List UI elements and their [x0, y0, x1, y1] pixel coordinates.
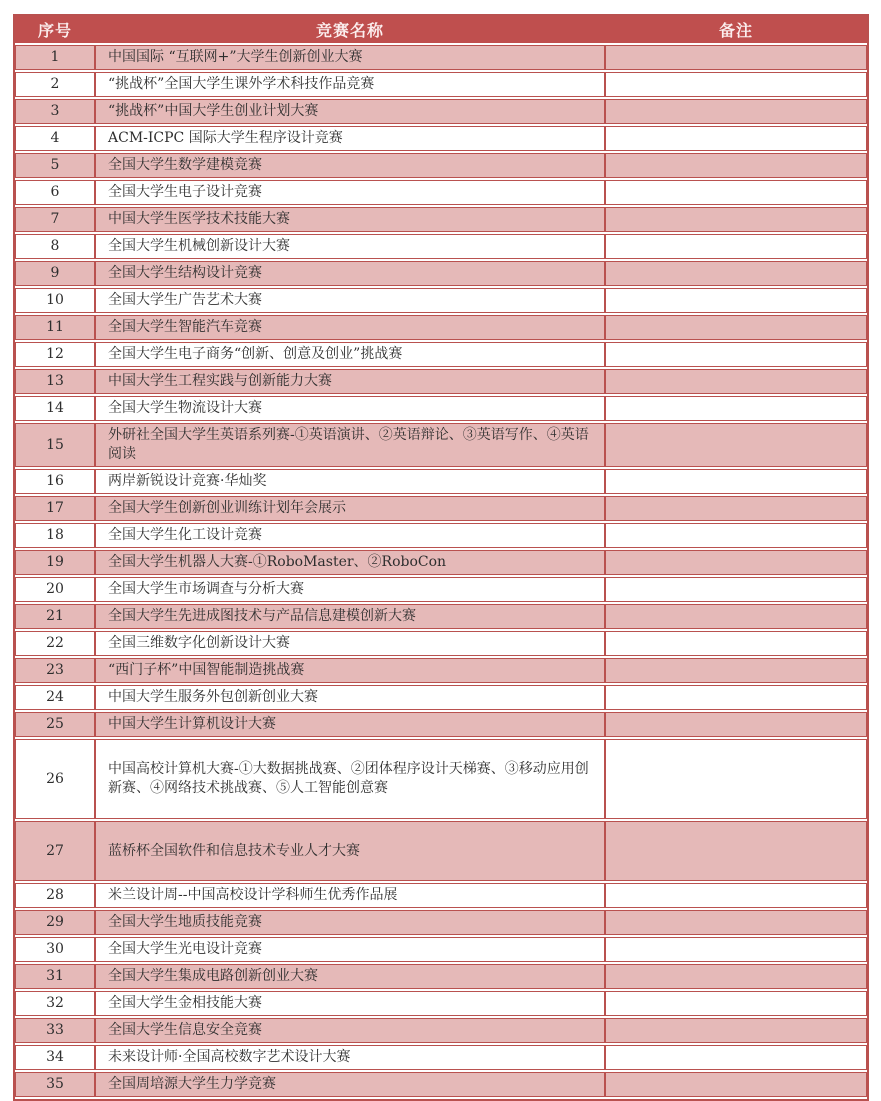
row-number-cell: 34 — [15, 1045, 95, 1070]
row-number-cell: 21 — [15, 604, 95, 629]
table-row: 2 “挑战杯”全国大学生课外学术科技作品竞赛 — [15, 72, 867, 97]
remarks-cell — [605, 153, 867, 178]
row-number-cell: 35 — [15, 1072, 95, 1097]
table-row: 3 “挑战杯”中国大学生创业计划大赛 — [15, 99, 867, 124]
remarks-cell — [605, 523, 867, 548]
competition-name-cell: 全国大学生电子商务“创新、创意及创业”挑战赛 — [95, 342, 605, 367]
table-row: 10 全国大学生广告艺术大赛 — [15, 288, 867, 313]
row-number-cell: 32 — [15, 991, 95, 1016]
competition-name-cell: 全国三维数字化创新设计大赛 — [95, 631, 605, 656]
table-row: 26 中国高校计算机大赛-①大数据挑战赛、②团体程序设计天梯赛、③移动应用创新赛… — [15, 739, 867, 819]
header-row: 序号 竞赛名称 备注 — [15, 16, 867, 43]
row-number-cell: 30 — [15, 937, 95, 962]
remarks-cell — [605, 45, 867, 70]
remarks-cell — [605, 261, 867, 286]
table-row: 11 全国大学生智能汽车竞赛 — [15, 315, 867, 340]
remarks-cell — [605, 937, 867, 962]
table-body: 1 中国国际 “互联网+”大学生创新创业大赛 2 “挑战杯”全国大学生课外学术科… — [15, 45, 867, 1097]
remarks-cell — [605, 207, 867, 232]
table-row: 34 未来设计师·全国高校数字艺术设计大赛 — [15, 1045, 867, 1070]
competition-list-table: 序号 竞赛名称 备注 1 中国国际 “互联网+”大学生创新创业大赛 2 “挑战杯… — [13, 14, 869, 1101]
table-row: 30 全国大学生光电设计竞赛 — [15, 937, 867, 962]
competition-name-cell: 全国大学生集成电路创新创业大赛 — [95, 964, 605, 989]
row-number-cell: 11 — [15, 315, 95, 340]
table-header: 序号 竞赛名称 备注 — [15, 16, 867, 43]
table-row: 18 全国大学生化工设计竞赛 — [15, 523, 867, 548]
row-number-cell: 17 — [15, 496, 95, 521]
competition-name-cell: 中国大学生服务外包创新创业大赛 — [95, 685, 605, 710]
table-row: 1 中国国际 “互联网+”大学生创新创业大赛 — [15, 45, 867, 70]
remarks-cell — [605, 342, 867, 367]
table-row: 16 两岸新锐设计竞赛·华灿奖 — [15, 469, 867, 494]
table-row: 4 ACM-ICPC 国际大学生程序设计竞赛 — [15, 126, 867, 151]
remarks-cell — [605, 180, 867, 205]
table-row: 33 全国大学生信息安全竞赛 — [15, 1018, 867, 1043]
table-row: 31 全国大学生集成电路创新创业大赛 — [15, 964, 867, 989]
remarks-cell — [605, 99, 867, 124]
row-number-cell: 18 — [15, 523, 95, 548]
row-number-cell: 23 — [15, 658, 95, 683]
remarks-cell — [605, 234, 867, 259]
row-number-cell: 2 — [15, 72, 95, 97]
remarks-cell — [605, 369, 867, 394]
table-row: 23 “西门子杯”中国智能制造挑战赛 — [15, 658, 867, 683]
table-row: 29 全国大学生地质技能竞赛 — [15, 910, 867, 935]
table-row: 19 全国大学生机器人大赛-①RoboMaster、②RoboCon — [15, 550, 867, 575]
competition-name-cell: 全国周培源大学生力学竞赛 — [95, 1072, 605, 1097]
row-number-cell: 7 — [15, 207, 95, 232]
competition-name-cell: 全国大学生电子设计竞赛 — [95, 180, 605, 205]
row-number-cell: 16 — [15, 469, 95, 494]
competition-name-cell: 中国大学生工程实践与创新能力大赛 — [95, 369, 605, 394]
table-row: 32 全国大学生金相技能大赛 — [15, 991, 867, 1016]
table-row: 20 全国大学生市场调查与分析大赛 — [15, 577, 867, 602]
remarks-cell — [605, 685, 867, 710]
competition-name-cell: 全国大学生金相技能大赛 — [95, 991, 605, 1016]
row-number-cell: 9 — [15, 261, 95, 286]
competition-table: 序号 竞赛名称 备注 1 中国国际 “互联网+”大学生创新创业大赛 2 “挑战杯… — [15, 14, 867, 1099]
remarks-cell — [605, 821, 867, 881]
table-row: 17 全国大学生创新创业训练计划年会展示 — [15, 496, 867, 521]
competition-name-cell: 米兰设计周--中国高校设计学科师生优秀作品展 — [95, 883, 605, 908]
competition-name-cell: 全国大学生数学建模竞赛 — [95, 153, 605, 178]
column-header-index: 序号 — [15, 16, 95, 43]
competition-name-cell: 全国大学生光电设计竞赛 — [95, 937, 605, 962]
remarks-cell — [605, 315, 867, 340]
row-number-cell: 1 — [15, 45, 95, 70]
table-row: 24 中国大学生服务外包创新创业大赛 — [15, 685, 867, 710]
row-number-cell: 29 — [15, 910, 95, 935]
table-row: 28 米兰设计周--中国高校设计学科师生优秀作品展 — [15, 883, 867, 908]
remarks-cell — [605, 577, 867, 602]
remarks-cell — [605, 1072, 867, 1097]
competition-name-cell: 全国大学生化工设计竞赛 — [95, 523, 605, 548]
competition-name-cell: “挑战杯”全国大学生课外学术科技作品竞赛 — [95, 72, 605, 97]
remarks-cell — [605, 910, 867, 935]
table-row: 22 全国三维数字化创新设计大赛 — [15, 631, 867, 656]
column-header-remarks: 备注 — [605, 16, 867, 43]
competition-name-cell: 全国大学生信息安全竞赛 — [95, 1018, 605, 1043]
remarks-cell — [605, 739, 867, 819]
remarks-cell — [605, 423, 867, 467]
competition-name-cell: 未来设计师·全国高校数字艺术设计大赛 — [95, 1045, 605, 1070]
table-row: 25 中国大学生计算机设计大赛 — [15, 712, 867, 737]
competition-name-cell: 全国大学生创新创业训练计划年会展示 — [95, 496, 605, 521]
table-row: 13 中国大学生工程实践与创新能力大赛 — [15, 369, 867, 394]
competition-name-cell: 两岸新锐设计竞赛·华灿奖 — [95, 469, 605, 494]
competition-name-cell: 中国大学生医学技术技能大赛 — [95, 207, 605, 232]
remarks-cell — [605, 604, 867, 629]
row-number-cell: 5 — [15, 153, 95, 178]
remarks-cell — [605, 1045, 867, 1070]
remarks-cell — [605, 288, 867, 313]
row-number-cell: 6 — [15, 180, 95, 205]
competition-name-cell: 蓝桥杯全国软件和信息技术专业人才大赛 — [95, 821, 605, 881]
competition-name-cell: 全国大学生机器人大赛-①RoboMaster、②RoboCon — [95, 550, 605, 575]
competition-name-cell: “挑战杯”中国大学生创业计划大赛 — [95, 99, 605, 124]
table-row: 21 全国大学生先进成图技术与产品信息建模创新大赛 — [15, 604, 867, 629]
table-row: 12 全国大学生电子商务“创新、创意及创业”挑战赛 — [15, 342, 867, 367]
table-row: 8 全国大学生机械创新设计大赛 — [15, 234, 867, 259]
remarks-cell — [605, 883, 867, 908]
table-row: 35 全国周培源大学生力学竞赛 — [15, 1072, 867, 1097]
row-number-cell: 26 — [15, 739, 95, 819]
competition-name-cell: 中国高校计算机大赛-①大数据挑战赛、②团体程序设计天梯赛、③移动应用创新赛、④网… — [95, 739, 605, 819]
competition-name-cell: 外研社全国大学生英语系列赛-①英语演讲、②英语辩论、③英语写作、④英语阅读 — [95, 423, 605, 467]
remarks-cell — [605, 396, 867, 421]
row-number-cell: 24 — [15, 685, 95, 710]
table-row: 5 全国大学生数学建模竞赛 — [15, 153, 867, 178]
row-number-cell: 19 — [15, 550, 95, 575]
row-number-cell: 33 — [15, 1018, 95, 1043]
remarks-cell — [605, 991, 867, 1016]
table-row: 9 全国大学生结构设计竞赛 — [15, 261, 867, 286]
competition-name-cell: 全国大学生机械创新设计大赛 — [95, 234, 605, 259]
row-number-cell: 13 — [15, 369, 95, 394]
table-row: 6 全国大学生电子设计竞赛 — [15, 180, 867, 205]
row-number-cell: 12 — [15, 342, 95, 367]
competition-name-cell: 全国大学生市场调查与分析大赛 — [95, 577, 605, 602]
competition-name-cell: 全国大学生结构设计竞赛 — [95, 261, 605, 286]
table-row: 15 外研社全国大学生英语系列赛-①英语演讲、②英语辩论、③英语写作、④英语阅读 — [15, 423, 867, 467]
row-number-cell: 14 — [15, 396, 95, 421]
column-header-competition-name: 竞赛名称 — [95, 16, 605, 43]
row-number-cell: 31 — [15, 964, 95, 989]
remarks-cell — [605, 712, 867, 737]
row-number-cell: 4 — [15, 126, 95, 151]
remarks-cell — [605, 72, 867, 97]
competition-name-cell: 全国大学生先进成图技术与产品信息建模创新大赛 — [95, 604, 605, 629]
competition-name-cell: 全国大学生地质技能竞赛 — [95, 910, 605, 935]
competition-name-cell: 全国大学生物流设计大赛 — [95, 396, 605, 421]
competition-name-cell: 中国大学生计算机设计大赛 — [95, 712, 605, 737]
table-row: 27 蓝桥杯全国软件和信息技术专业人才大赛 — [15, 821, 867, 881]
remarks-cell — [605, 658, 867, 683]
competition-name-cell: 全国大学生智能汽车竞赛 — [95, 315, 605, 340]
table-row: 14 全国大学生物流设计大赛 — [15, 396, 867, 421]
row-number-cell: 3 — [15, 99, 95, 124]
remarks-cell — [605, 1018, 867, 1043]
competition-name-cell: 中国国际 “互联网+”大学生创新创业大赛 — [95, 45, 605, 70]
row-number-cell: 28 — [15, 883, 95, 908]
remarks-cell — [605, 496, 867, 521]
row-number-cell: 15 — [15, 423, 95, 467]
row-number-cell: 27 — [15, 821, 95, 881]
remarks-cell — [605, 631, 867, 656]
remarks-cell — [605, 126, 867, 151]
competition-name-cell: “西门子杯”中国智能制造挑战赛 — [95, 658, 605, 683]
row-number-cell: 25 — [15, 712, 95, 737]
competition-name-cell: 全国大学生广告艺术大赛 — [95, 288, 605, 313]
row-number-cell: 8 — [15, 234, 95, 259]
remarks-cell — [605, 964, 867, 989]
row-number-cell: 10 — [15, 288, 95, 313]
remarks-cell — [605, 469, 867, 494]
table-row: 7 中国大学生医学技术技能大赛 — [15, 207, 867, 232]
row-number-cell: 20 — [15, 577, 95, 602]
competition-name-cell: ACM-ICPC 国际大学生程序设计竞赛 — [95, 126, 605, 151]
row-number-cell: 22 — [15, 631, 95, 656]
remarks-cell — [605, 550, 867, 575]
